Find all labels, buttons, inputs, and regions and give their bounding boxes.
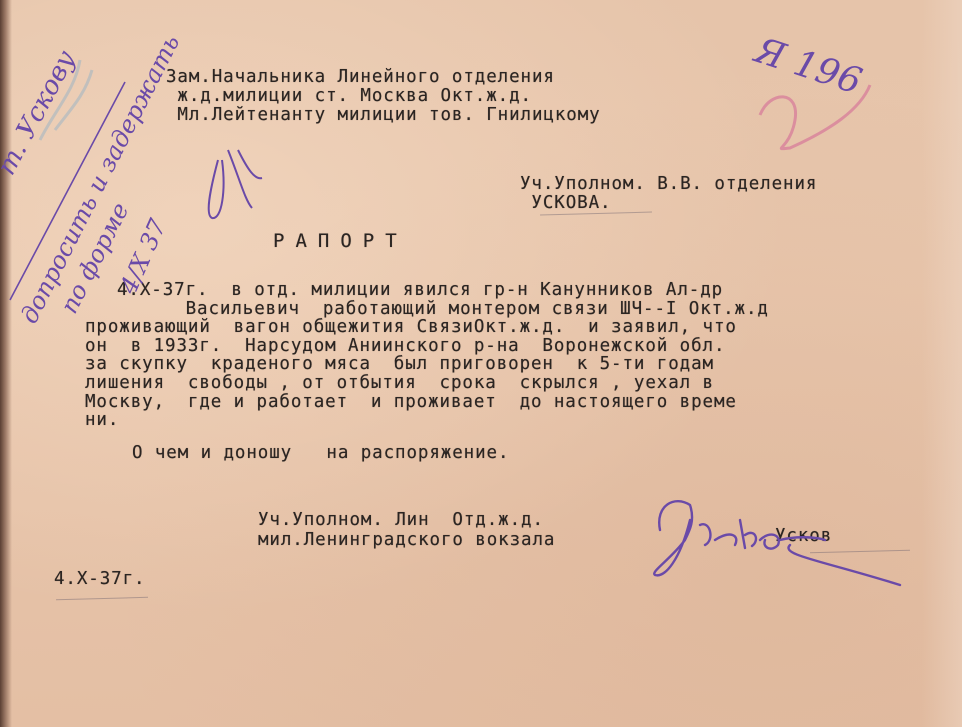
body-line: проживающий вагон общежития СвязиОкт.ж.д… — [85, 318, 769, 337]
document-date: 4.Х-37г. — [54, 570, 146, 589]
body-line: за скупку краденого мяса был приговорен … — [85, 355, 769, 374]
signer-name: Усков — [775, 527, 832, 546]
registration-number: Я 196 — [750, 30, 867, 103]
body-line: он в 1933г. Нарсудом Аниинского р-на Вор… — [85, 337, 769, 356]
body-line: 4.Х-37г. в отд. милиции явился гр-н Кану… — [117, 281, 769, 300]
body-line: лишения свободы , от отбытия срока скрыл… — [85, 374, 769, 393]
addressee-line: Мл.Лейтенанту милиции тов. Гнилицкому — [166, 106, 601, 125]
sender-line: Уч.Уполном. В.В. отделения — [520, 175, 817, 194]
report-body: 4.Х-37г. в отд. милиции явился гр-н Кану… — [117, 281, 769, 430]
signature-block: Уч.Уполном. Лин Отд.ж.д.мил.Ленинградско… — [258, 510, 555, 550]
paper-right-edge — [922, 0, 962, 727]
addressee-line: ж.д.милиции ст. Москва Окт.ж.д. — [166, 87, 601, 106]
paper-left-edge — [0, 0, 12, 727]
signature-line: Уч.Уполном. Лин Отд.ж.д. — [258, 510, 555, 530]
resolution-signature-icon — [209, 150, 262, 218]
document-sheet: Зам.Начальника Линейного отделения ж.д.м… — [0, 0, 962, 727]
body-line: Москву, где и работает и проживает до на… — [85, 393, 769, 412]
sender-block: Уч.Уполном. В.В. отделения УСКОВА. — [520, 175, 817, 213]
addressee-block: Зам.Начальника Линейного отделения ж.д.м… — [166, 68, 601, 125]
signature-line: мил.Ленинградского вокзала — [258, 530, 555, 550]
pencil-underline — [810, 550, 910, 554]
body-line: Васильевич работающий монтером связи ШЧ-… — [117, 300, 769, 319]
pencil-underline — [56, 597, 148, 600]
addressee-line: Зам.Начальника Линейного отделения — [166, 68, 601, 87]
body-line: ни. — [85, 411, 769, 430]
resolution-line: т. Ускову — [0, 46, 82, 180]
closing-line: О чем и доношу на распоряжение. — [132, 444, 509, 463]
document-title: РАПОРТ — [273, 232, 408, 251]
sender-line: УСКОВА. — [520, 194, 817, 213]
